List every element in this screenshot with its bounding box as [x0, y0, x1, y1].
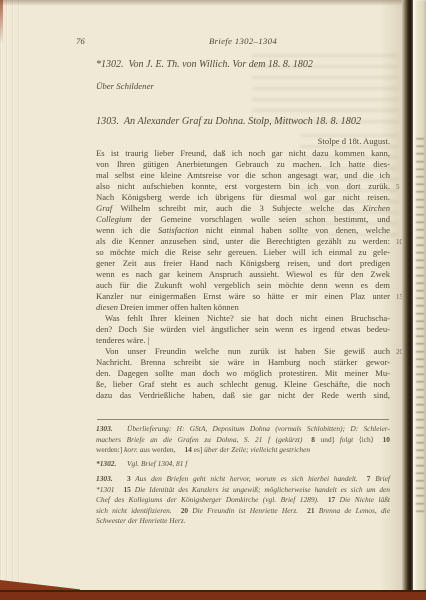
text-segment: von Ihren gütigen Anerbietungen Gebrauch… — [96, 159, 390, 169]
text-segment: 1303. — [96, 424, 127, 435]
text-segment: den? Doch Sie würden viel ängstlicher se… — [96, 324, 390, 334]
text-line: Nachricht. Brenna schreibt sie wäre in H… — [96, 357, 390, 368]
text-segment: Collegium — [96, 214, 132, 224]
text-segment: 14 — [184, 445, 191, 454]
text-line: *130115 Die Identität des Kanzlers ist u… — [96, 485, 390, 496]
page-top-shadow — [0, 0, 426, 6]
running-header: Briefe 1302–1304 — [96, 36, 390, 46]
text-segment: Satisfaction — [158, 225, 199, 235]
text-segment: sich nicht identifizieren. — [96, 506, 172, 515]
text-segment: Kanzler nur einigermaßen Ernst wäre so h… — [96, 291, 390, 301]
next-page-faint-text — [416, 138, 424, 516]
text-line: 1303.Überlieferung: H: GStA, Depositum D… — [96, 424, 390, 435]
text-line: diesen Dreien immer offen halten können — [96, 302, 390, 313]
text-segment: Schwester der Henriette Herz. — [96, 516, 186, 525]
text-line: Kanzler nur einigermaßen Ernst wäre so h… — [96, 291, 390, 302]
text-line: auch für die Zukunft wohl vergeblich sei… — [96, 280, 390, 291]
text-segment: Es ist traurig lieber Freund, daß ich no… — [96, 148, 390, 158]
text-line: Schwester der Henriette Herz. — [96, 516, 390, 527]
text-segment: 20 — [181, 506, 188, 515]
text-segment: und] — [315, 435, 340, 444]
text-segment: der Gemeine vorschlagen wolle seien scho… — [132, 214, 390, 224]
text-line: also nicht aufschieben konnte, erst vorg… — [96, 181, 390, 192]
text-segment: dazu das Verdrießliche haben, daß sie ga… — [96, 390, 390, 400]
text-segment: 15 — [123, 485, 130, 494]
text-line: von Ihren gütigen Anerbietungen Gebrauch… — [96, 159, 390, 170]
text-segment: Nach Königsberg werde ich übrigens für d… — [96, 192, 390, 202]
text-segment: Überlieferung: H: GStA, Depositum Dohna … — [127, 424, 390, 433]
text-segment: Vgl. Brief 1304, 81 f — [127, 459, 187, 468]
text-segment: Aus den Briefen geht nicht hervor, worum… — [131, 474, 358, 483]
text-segment: Die Identität des Kanzlers ist ungewiß; … — [131, 485, 390, 494]
text-segment: 1303. — [96, 474, 127, 485]
text-segment: so möchte mich die Reise sehr gereuen. L… — [96, 247, 390, 257]
text-line: Chef des Kollegiums der Königsberger Dom… — [96, 495, 390, 506]
text-segment: Die Freundin ist Henriette Herz. — [188, 506, 298, 515]
apparatus-1302-note: *1302.Vgl. Brief 1304, 81 f — [96, 459, 390, 470]
text-segment: also nicht aufschieben konnte, erst vorg… — [96, 181, 390, 191]
text-line: den? Doch Sie würden viel ängstlicher se… — [96, 324, 390, 335]
text-line: tenderes wäre. | — [96, 335, 390, 346]
text-line: wenn es nach gar keinem Anspruch aussieh… — [96, 269, 390, 280]
book-gutter-shadow — [402, 0, 413, 600]
next-page-edge — [413, 0, 426, 600]
text-segment: folgt — [340, 435, 354, 444]
text-segment: wenn ich die — [96, 225, 158, 235]
text-segment: Brenna de Lemos, die — [315, 506, 390, 515]
text-segment: gener Zeit aus freier Hand nach Königsbe… — [96, 258, 390, 268]
text-segment: werden:] — [96, 445, 124, 454]
text-segment: über der Zeile; vielleicht gestrichen — [204, 445, 310, 454]
text-segment: den. Dagegen sollte man doch wo möglich … — [96, 368, 390, 378]
text-segment: auch für die Zukunft wohl vergeblich sei… — [96, 280, 390, 290]
text-segment: tenderes wäre. | — [96, 335, 150, 345]
letter-1302-regest: Über Schildener — [96, 81, 396, 91]
text-segment: *1302. — [96, 459, 127, 470]
text-line: den. Dagegen sollte man doch wo möglich … — [96, 368, 390, 379]
apparatus-separator-rule — [97, 419, 389, 420]
scanned-book-page-photo: 76 Briefe 1302–1304 *1302. Von J. E. Th.… — [0, 0, 426, 600]
text-line: gener Zeit aus freier Hand nach Königsbe… — [96, 258, 390, 269]
text-segment: Die Nichte läßt — [335, 495, 390, 504]
text-segment: Was fehlt Ihrer kleinen Nichte? sie hat … — [105, 313, 390, 323]
text-line: sich nicht identifizieren.20 Die Freundi… — [96, 506, 390, 517]
text-segment: ße, lieber Graf steht es auch schlecht g… — [96, 379, 390, 389]
text-line: so möchte mich die Reise sehr gereuen. L… — [96, 247, 390, 258]
text-segment: Brief — [370, 474, 390, 483]
text-line: Graf Wilhelm schreibt mir, auch die 3 Su… — [96, 203, 390, 214]
text-segment: machers Briefe an die Grafen zu Dohna, S… — [96, 435, 302, 444]
text-segment: korr. aus — [124, 445, 150, 454]
text-line: werden:] korr. aus werden,14 es] über de… — [96, 445, 390, 456]
cover-edge-top-left — [0, 0, 3, 44]
text-segment: ⟨ich⟩ — [353, 435, 373, 444]
text-segment: 10 — [383, 435, 390, 444]
text-line: machers Briefe an die Grafen zu Dohna, S… — [96, 435, 390, 446]
apparatus-1303-commentary: 1303.3 Aus den Briefen geht nicht hervor… — [96, 474, 390, 527]
text-segment: Nachricht. Brenna schreibt sie wäre in H… — [96, 357, 390, 367]
apparatus-overlieferung-note: 1303.Überlieferung: H: GStA, Depositum D… — [96, 424, 390, 456]
text-segment: Wilhelm schreibt mir, auch die 3 Subject… — [112, 203, 362, 213]
letter-1302-heading: *1302. Von J. E. Th. von Willich. Vor de… — [96, 59, 396, 70]
text-segment: werden, — [150, 445, 175, 454]
text-segment: diesen — [96, 302, 118, 312]
text-line: dazu das Verdrießliche haben, daß sie ga… — [96, 390, 390, 401]
page-curvature-striations — [0, 0, 20, 600]
text-segment: mal selbst eine kleine Amtsreise vor die… — [96, 170, 390, 180]
text-segment: als die Kenner anzusehen sind, unter die… — [96, 236, 390, 246]
text-segment: wenn es nach gar keinem Anspruch aussieh… — [96, 269, 390, 279]
text-line: *1302.Vgl. Brief 1304, 81 f — [96, 459, 390, 470]
text-line: mal selbst eine kleine Amtsreise vor die… — [96, 170, 390, 181]
text-line: 1303.3 Aus den Briefen geht nicht hervor… — [96, 474, 390, 485]
text-line: Es ist traurig lieber Freund, daß ich no… — [96, 148, 390, 159]
margin-line-number: 5 — [396, 182, 400, 193]
text-line: ße, lieber Graf steht es auch schlecht g… — [96, 379, 390, 390]
letter-body-text: Es ist traurig lieber Freund, daß ich no… — [96, 148, 390, 401]
text-segment: Dreien immer offen halten können — [118, 302, 239, 312]
text-line: Von unser Freundin welche nun zurük ist … — [96, 346, 390, 357]
text-segment: nicht einmal haben sollte von denen, wel… — [198, 225, 390, 235]
text-segment: Kirchen — [363, 203, 390, 213]
text-segment: 21 — [307, 506, 314, 515]
letter-dateline: Stolpe d 18t. August. — [96, 136, 390, 146]
text-segment: *1301 — [96, 485, 114, 494]
text-line: Was fehlt Ihrer kleinen Nichte? sie hat … — [96, 313, 390, 324]
text-line: Nach Königsberg werde ich übrigens für d… — [96, 192, 390, 203]
text-segment: Chef des Kollegiums der Königsberger Dom… — [96, 495, 319, 504]
text-line: als die Kenner anzusehen sind, unter die… — [96, 236, 390, 247]
text-segment: Von unser Freundin welche nun zurük ist … — [105, 346, 390, 356]
page-number: 76 — [76, 36, 85, 46]
text-segment: Graf — [96, 203, 112, 213]
letter-1303-heading: 1303. An Alexander Graf zu Dohna. Stolp,… — [96, 116, 396, 127]
cover-bottom-band — [0, 590, 426, 600]
text-segment: es] — [192, 445, 204, 454]
text-line: Collegium der Gemeine vorschlagen wolle … — [96, 214, 390, 225]
text-line: wenn ich die Satisfaction nicht einmal h… — [96, 225, 390, 236]
